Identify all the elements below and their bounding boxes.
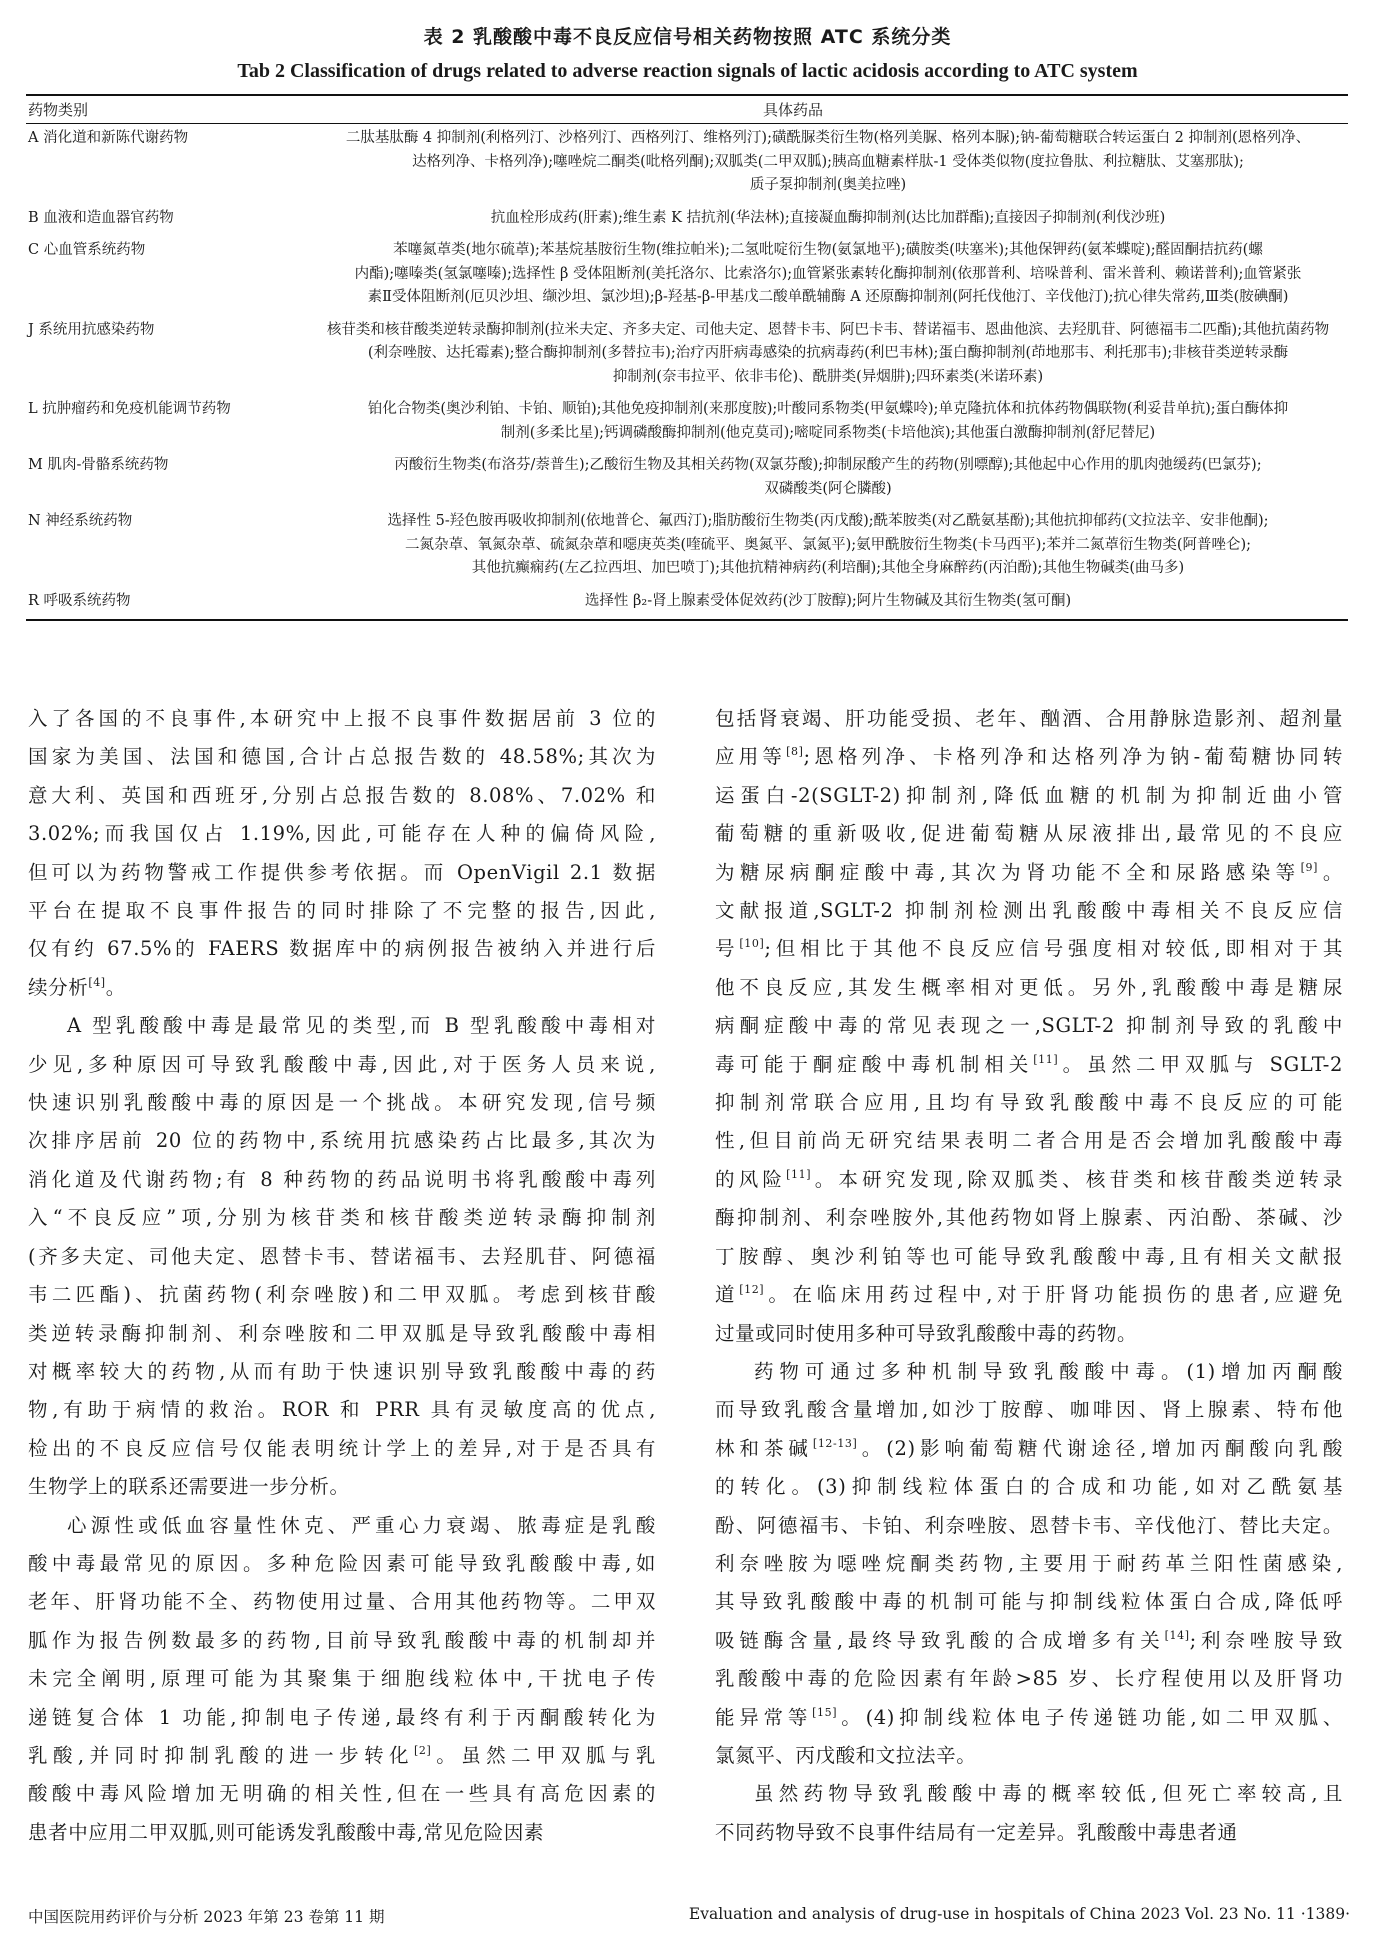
text-line: 能异常等[15]。(4)抑制线粒体电子传递链功能,如二甲双胍、 xyxy=(715,1699,1343,1737)
text-line: 氯氮平、丙戊酸和文拉法辛。 xyxy=(715,1737,1343,1775)
text-line: 胍作为报告例数最多的药物,目前导致乳酸酸中毒的机制却并 xyxy=(28,1622,656,1660)
text-line: 吸链酶含量,最终导致乳酸的合成增多有关[14];利奈唑胺导致 xyxy=(715,1622,1343,1660)
text-line: 为糖尿病酮症酸中毒,其次为肾功能不全和尿路感染等[9]。 xyxy=(715,854,1343,892)
citation-ref: [11] xyxy=(1033,1053,1058,1066)
drug-line: 苯噻氮䓬类(地尔硫䓬);苯基烷基胺衍生物(维拉帕米);二氢吡啶衍生物(氨氯地平)… xyxy=(318,239,1338,263)
drug-category: N 神经系统药物 xyxy=(26,507,318,587)
text-line: 韦二匹酯)、抗菌药物(利奈唑胺)和二甲双胍。考虑到核苷酸 xyxy=(28,1276,656,1314)
body-column-left: 入了各国的不良事件,本研究中上报不良事件数据居前 3 位的国家为美国、法国和德国… xyxy=(28,700,656,1852)
citation-ref: [12-13] xyxy=(813,1437,858,1450)
drug-line: 选择性 β₂-肾上腺素受体促效药(沙丁胺醇);阿片生物碱及其衍生物类(氢可酮) xyxy=(318,590,1338,614)
specific-drugs: 苯噻氮䓬类(地尔硫䓬);苯基烷基胺衍生物(维拉帕米);二氢吡啶衍生物(氨氯地平)… xyxy=(318,236,1348,316)
text-line: 患者中应用二甲双胍,则可能诱发乳酸酸中毒,常见危险因素 xyxy=(28,1814,656,1852)
specific-drugs: 选择性 5-羟色胺再吸收抑制剂(依地普仑、氟西汀);脂肪酸衍生物类(丙戊酸);酰… xyxy=(318,507,1348,587)
drug-category: J 系统用抗感染药物 xyxy=(26,316,318,396)
header-drug-category: 药物类别 xyxy=(26,99,318,120)
citation-ref: [15] xyxy=(812,1706,837,1719)
specific-drugs: 核苷类和核苷酸类逆转录酶抑制剂(拉米夫定、齐多夫定、司他夫定、恩替卡韦、阿巴卡韦… xyxy=(318,316,1348,396)
table-body: A 消化道和新陈代谢药物二肽基肽酶 4 抑制剂(利格列汀、沙格列汀、西格列汀、维… xyxy=(26,124,1348,619)
text-line: 心源性或低血容量性休克、严重心力衰竭、脓毒症是乳酸 xyxy=(28,1507,656,1545)
drug-line: 抑制剂(奈韦拉平、依非韦伦)、酰肼类(异烟肼);四环素类(米诺环素) xyxy=(318,366,1338,390)
citation-ref: [8] xyxy=(786,745,803,758)
text-line: 道[12]。在临床用药过程中,对于肝肾功能损伤的患者,应避免 xyxy=(715,1276,1343,1314)
atc-classification-table: 药物类别 具体药品 A 消化道和新陈代谢药物二肽基肽酶 4 抑制剂(利格列汀、沙… xyxy=(26,94,1348,621)
paragraph: 心源性或低血容量性休克、严重心力衰竭、脓毒症是乳酸酸中毒最常见的原因。多种危险因… xyxy=(28,1507,656,1853)
citation-ref: [12] xyxy=(739,1283,764,1296)
table-caption-zh: 表 2 乳酸酸中毒不良反应信号相关药物按照 ATC 系统分类 xyxy=(0,22,1375,49)
text-line: 酚、阿德福韦、卡铂、利奈唑胺、恩替卡韦、辛伐他汀、替比夫定。 xyxy=(715,1507,1343,1545)
text-line: 递链复合体 1 功能,抑制电子传递,最终有利于丙酮酸转化为 xyxy=(28,1699,656,1737)
drug-line: 质子泵抑制剂(奥美拉唑) xyxy=(318,174,1338,198)
paragraph: 包括肾衰竭、肝功能受损、老年、酗酒、合用静脉造影剂、超剂量应用等[8];恩格列净… xyxy=(715,700,1343,1353)
citation-ref: [4] xyxy=(88,976,105,989)
drug-category: M 肌肉-骨骼系统药物 xyxy=(26,451,318,507)
table-row: J 系统用抗感染药物核苷类和核苷酸类逆转录酶抑制剂(拉米夫定、齐多夫定、司他夫定… xyxy=(26,316,1348,396)
text-line: 病酮症酸中毒的常见表现之一,SGLT-2 抑制剂导致的乳酸中 xyxy=(715,1007,1343,1045)
text-line: 少见,多种原因可导致乳酸酸中毒,因此,对于医务人员来说, xyxy=(28,1046,656,1084)
specific-drugs: 铂化合物类(奥沙利铂、卡铂、顺铂);其他免疫抑制剂(来那度胺);叶酸同系物类(甲… xyxy=(318,395,1348,451)
table-row: R 呼吸系统药物选择性 β₂-肾上腺素受体促效药(沙丁胺醇);阿片生物碱及其衍生… xyxy=(26,587,1348,620)
text-line: 包括肾衰竭、肝功能受损、老年、酗酒、合用静脉造影剂、超剂量 xyxy=(715,700,1343,738)
text-line: 快速识别乳酸酸中毒的原因是一个挑战。本研究发现,信号频 xyxy=(28,1084,656,1122)
text-line: 抑制剂常联合应用,且均有导致乳酸酸中毒不良反应的可能 xyxy=(715,1084,1343,1122)
paragraph: 虽然药物导致乳酸酸中毒的概率较低,但死亡率较高,且不同药物导致不良事件结局有一定… xyxy=(715,1775,1343,1852)
text-line: (齐多夫定、司他夫定、恩替卡韦、替诺福韦、去羟肌苷、阿德福 xyxy=(28,1238,656,1276)
text-line: 虽然药物导致乳酸酸中毒的概率较低,但死亡率较高,且 xyxy=(715,1775,1343,1813)
text-line: 仅有约 67.5%的 FAERS 数据库中的病例报告被纳入并进行后 xyxy=(28,930,656,968)
table-row: A 消化道和新陈代谢药物二肽基肽酶 4 抑制剂(利格列汀、沙格列汀、西格列汀、维… xyxy=(26,124,1348,204)
drug-line: (利奈唑胺、达托霉素);整合酶抑制剂(多替拉韦);治疗丙肝病毒感染的抗病毒药(利… xyxy=(318,342,1338,366)
drug-category: A 消化道和新陈代谢药物 xyxy=(26,124,318,204)
text-line: 酸中毒最常见的原因。多种危险因素可能导致乳酸酸中毒,如 xyxy=(28,1545,656,1583)
text-line: 生物学上的联系还需要进一步分析。 xyxy=(28,1468,656,1506)
drug-line: 达格列净、卡格列净);噻唑烷二酮类(吡格列酮);双胍类(二甲双胍);胰高血糖素样… xyxy=(318,151,1338,175)
specific-drugs: 抗血栓形成药(肝素);维生素 K 拮抗剂(华法林);直接凝血酶抑制剂(达比加群酯… xyxy=(318,204,1348,237)
drug-category: C 心血管系统药物 xyxy=(26,236,318,316)
text-line: 过量或同时使用多种可导致乳酸酸中毒的药物。 xyxy=(715,1315,1343,1353)
body-column-right: 包括肾衰竭、肝功能受损、老年、酗酒、合用静脉造影剂、超剂量应用等[8];恩格列净… xyxy=(715,700,1343,1852)
citation-ref: [9] xyxy=(1301,861,1318,874)
text-line: 不同药物导致不良事件结局有一定差异。乳酸酸中毒患者通 xyxy=(715,1814,1343,1852)
text-line: 乳酸,并同时抑制乳酸的进一步转化[2]。虽然二甲双胍与乳 xyxy=(28,1737,656,1775)
drug-category: R 呼吸系统药物 xyxy=(26,587,318,620)
table-row: N 神经系统药物选择性 5-羟色胺再吸收抑制剂(依地普仑、氟西汀);脂肪酸衍生物… xyxy=(26,507,1348,587)
text-line: 应用等[8];恩格列净、卡格列净和达格列净为钠-葡萄糖协同转 xyxy=(715,738,1343,776)
text-line: 对概率较大的药物,从而有助于快速识别导致乳酸酸中毒的药 xyxy=(28,1353,656,1391)
text-line: 消化道及代谢药物;有 8 种药物的药品说明书将乳酸酸中毒列 xyxy=(28,1161,656,1199)
drug-category: L 抗肿瘤药和免疫机能调节药物 xyxy=(26,395,318,451)
text-line: 林和茶碱[12-13]。(2)影响葡萄糖代谢途径,增加丙酮酸向乳酸 xyxy=(715,1430,1343,1468)
text-line: 3.02%;而我国仅占 1.19%,因此,可能存在人种的偏倚风险, xyxy=(28,815,656,853)
drug-line: 二肽基肽酶 4 抑制剂(利格列汀、沙格列汀、西格列汀、维格列汀);磺酰脲类衍生物… xyxy=(318,127,1338,151)
drug-category: B 血液和造血器官药物 xyxy=(26,204,318,237)
table-row: C 心血管系统药物苯噻氮䓬类(地尔硫䓬);苯基烷基胺衍生物(维拉帕米);二氢吡啶… xyxy=(26,236,1348,316)
table-row: L 抗肿瘤药和免疫机能调节药物铂化合物类(奥沙利铂、卡铂、顺铂);其他免疫抑制剂… xyxy=(26,395,1348,451)
drug-line: 铂化合物类(奥沙利铂、卡铂、顺铂);其他免疫抑制剂(来那度胺);叶酸同系物类(甲… xyxy=(318,398,1338,422)
text-line: 他不良反应,其发生概率相对更低。另外,乳酸酸中毒是糖尿 xyxy=(715,969,1343,1007)
journal-page: 表 2 乳酸酸中毒不良反应信号相关药物按照 ATC 系统分类 Tab 2 Cla… xyxy=(0,0,1375,1940)
text-line: 运蛋白-2(SGLT-2)抑制剂,降低血糖的机制为抑制近曲小管 xyxy=(715,777,1343,815)
header-specific-drugs: 具体药品 xyxy=(318,99,1348,120)
text-line: 乳酸酸中毒的危险因素有年龄>85 岁、长疗程使用以及肝肾功 xyxy=(715,1660,1343,1698)
text-line: 但可以为药物警戒工作提供参考依据。而 OpenVigil 2.1 数据 xyxy=(28,854,656,892)
text-line: 平台在提取不良事件报告的同时排除了不完整的报告,因此, xyxy=(28,892,656,930)
text-line: 其导致乳酸酸中毒的机制可能与抑制线粒体蛋白合成,降低呼 xyxy=(715,1583,1343,1621)
text-line: 入了各国的不良事件,本研究中上报不良事件数据居前 3 位的 xyxy=(28,700,656,738)
text-line: 类逆转录酶抑制剂、利奈唑胺和二甲双胍是导致乳酸酸中毒相 xyxy=(28,1315,656,1353)
table-row: B 血液和造血器官药物抗血栓形成药(肝素);维生素 K 拮抗剂(华法林);直接凝… xyxy=(26,204,1348,237)
text-line: 续分析[4]。 xyxy=(28,969,656,1007)
table-caption-en: Tab 2 Classification of drugs related to… xyxy=(0,60,1375,83)
drug-line: 抗血栓形成药(肝素);维生素 K 拮抗剂(华法林);直接凝血酶抑制剂(达比加群酯… xyxy=(318,207,1338,231)
text-line: 药物可通过多种机制导致乳酸酸中毒。(1)增加丙酮酸 xyxy=(715,1353,1343,1391)
page-footer: 中国医院用药评价与分析 2023 年第 23 卷第 11 期 Evaluatio… xyxy=(28,1905,1350,1927)
paragraph: 入了各国的不良事件,本研究中上报不良事件数据居前 3 位的国家为美国、法国和德国… xyxy=(28,700,656,1007)
footer-journal-zh: 中国医院用药评价与分析 2023 年第 23 卷第 11 期 xyxy=(28,1905,384,1927)
text-line: 酶抑制剂、利奈唑胺外,其他药物如肾上腺素、丙泊酚、茶碱、沙 xyxy=(715,1199,1343,1237)
footer-journal-en: Evaluation and analysis of drug-use in h… xyxy=(689,1905,1350,1927)
text-line: 毒可能于酮症酸中毒机制相关[11]。虽然二甲双胍与 SGLT-2 xyxy=(715,1046,1343,1084)
text-line: 物,有助于病情的救治。ROR 和 PRR 具有灵敏度高的优点, xyxy=(28,1391,656,1429)
text-line: 文献报道,SGLT-2 抑制剂检测出乳酸酸中毒相关不良反应信 xyxy=(715,892,1343,930)
text-line: 入“不良反应”项,分别为核苷类和核苷酸类逆转录酶抑制剂 xyxy=(28,1199,656,1237)
text-line: 检出的不良反应信号仅能表明统计学上的差异,对于是否具有 xyxy=(28,1430,656,1468)
citation-ref: [11] xyxy=(786,1168,811,1181)
paragraph: A 型乳酸酸中毒是最常见的类型,而 B 型乳酸酸中毒相对少见,多种原因可导致乳酸… xyxy=(28,1007,656,1506)
citation-ref: [14] xyxy=(1165,1629,1190,1642)
text-line: 葡萄糖的重新吸收,促进葡萄糖从尿液排出,最常见的不良应 xyxy=(715,815,1343,853)
drug-line: 二氮杂䓬、氧氮杂䓬、硫氮杂䓬和噁庚英类(喹硫平、奥氮平、氯氮平);氨甲酰胺衍生物… xyxy=(318,534,1338,558)
text-line: 未完全阐明,原理可能为其聚集于细胞线粒体中,干扰电子传 xyxy=(28,1660,656,1698)
specific-drugs: 选择性 β₂-肾上腺素受体促效药(沙丁胺醇);阿片生物碱及其衍生物类(氢可酮) xyxy=(318,587,1348,620)
citation-ref: [2] xyxy=(414,1744,431,1757)
drug-line: 其他抗癫痫药(左乙拉西坦、加巴喷丁);其他抗精神病药(利培酮);其他全身麻醉药(… xyxy=(318,557,1338,581)
text-line: A 型乳酸酸中毒是最常见的类型,而 B 型乳酸酸中毒相对 xyxy=(28,1007,656,1045)
table-row: M 肌肉-骨骼系统药物丙酸衍生物类(布洛芬/萘普生);乙酸衍生物及其相关药物(双… xyxy=(26,451,1348,507)
drug-line: 选择性 5-羟色胺再吸收抑制剂(依地普仑、氟西汀);脂肪酸衍生物类(丙戊酸);酰… xyxy=(318,510,1338,534)
text-line: 国家为美国、法国和德国,合计占总报告数的 48.58%;其次为 xyxy=(28,738,656,776)
text-line: 丁胺醇、奥沙利铂等也可能导致乳酸酸中毒,且有相关文献报 xyxy=(715,1238,1343,1276)
drug-line: 双磷酸类(阿仑膦酸) xyxy=(318,478,1338,502)
paragraph: 药物可通过多种机制导致乳酸酸中毒。(1)增加丙酮酸而导致乳酸含量增加,如沙丁胺醇… xyxy=(715,1353,1343,1775)
text-line: 酸酸中毒风险增加无明确的相关性,但在一些具有高危因素的 xyxy=(28,1775,656,1813)
specific-drugs: 丙酸衍生物类(布洛芬/萘普生);乙酸衍生物及其相关药物(双氯芬酸);抑制尿酸产生… xyxy=(318,451,1348,507)
text-line: 号[10];但相比于其他不良反应信号强度相对较低,即相对于其 xyxy=(715,930,1343,968)
text-line: 老年、肝肾功能不全、药物使用过量、合用其他药物等。二甲双 xyxy=(28,1583,656,1621)
drug-line: 内酯);噻嗪类(氢氯噻嗪);选择性 β 受体阻断剂(美托洛尔、比索洛尔);血管紧… xyxy=(318,263,1338,287)
text-line: 利奈唑胺为噁唑烷酮类药物,主要用于耐药革兰阳性菌感染, xyxy=(715,1545,1343,1583)
text-line: 的风险[11]。本研究发现,除双胍类、核苷类和核苷酸类逆转录 xyxy=(715,1161,1343,1199)
drug-line: 素Ⅱ受体阻断剂(厄贝沙坦、缬沙坦、氯沙坦);β-羟基-β-甲基戊二酸单酰辅酶 A… xyxy=(318,286,1338,310)
citation-ref: [10] xyxy=(739,937,764,950)
drug-line: 丙酸衍生物类(布洛芬/萘普生);乙酸衍生物及其相关药物(双氯芬酸);抑制尿酸产生… xyxy=(318,454,1338,478)
table-header: 药物类别 具体药品 xyxy=(26,96,1348,124)
text-line: 而导致乳酸含量增加,如沙丁胺醇、咖啡因、肾上腺素、特布他 xyxy=(715,1391,1343,1429)
text-line: 性,但目前尚无研究结果表明二者合用是否会增加乳酸酸中毒 xyxy=(715,1122,1343,1160)
text-line: 意大利、英国和西班牙,分别占总报告数的 8.08%、7.02% 和 xyxy=(28,777,656,815)
drug-line: 制剂(多柔比星);钙调磷酸酶抑制剂(他克莫司);嘧啶同系物类(卡培他滨);其他蛋… xyxy=(318,422,1338,446)
specific-drugs: 二肽基肽酶 4 抑制剂(利格列汀、沙格列汀、西格列汀、维格列汀);磺酰脲类衍生物… xyxy=(318,124,1348,204)
drug-line: 核苷类和核苷酸类逆转录酶抑制剂(拉米夫定、齐多夫定、司他夫定、恩替卡韦、阿巴卡韦… xyxy=(318,319,1338,343)
text-line: 次排序居前 20 位的药物中,系统用抗感染药占比最多,其次为 xyxy=(28,1122,656,1160)
text-line: 的转化。(3)抑制线粒体蛋白的合成和功能,如对乙酰氨基 xyxy=(715,1468,1343,1506)
